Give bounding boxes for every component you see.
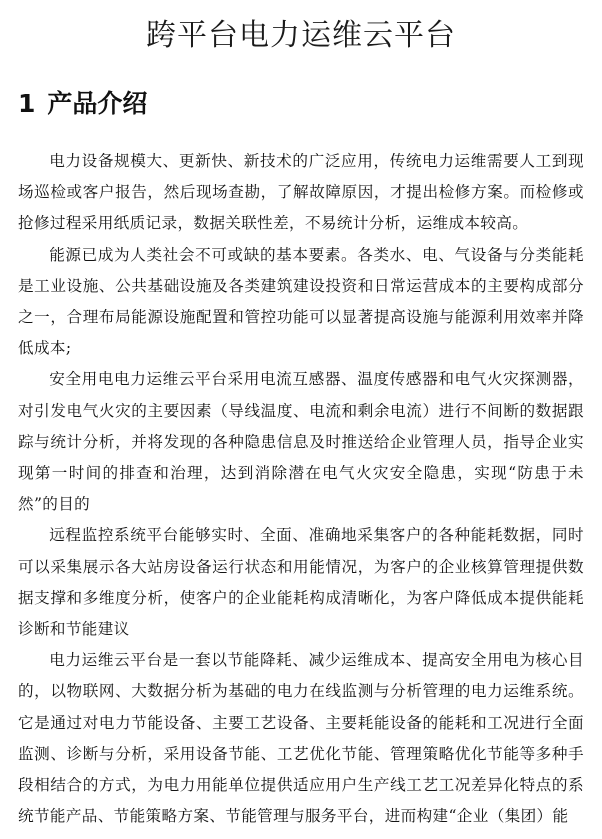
document-title: 跨平台电力运维云平台 (0, 14, 602, 58)
paragraph-platform-overview: 电力运维云平台是一套以节能降耗、减少运维成本、提高安全用电为核心目的，以物联网、… (18, 645, 584, 832)
section-title: 产品介绍 (47, 89, 147, 118)
section-heading: 1产品介绍 (18, 84, 147, 124)
paragraph-energy: 能源已成为人类社会不可或缺的基本要素。各类水、电、气设备与分类能耗是工业设施、公… (18, 240, 584, 365)
document-body: 电力设备规模大、更新快、新技术的广泛应用，传统电力运维需要人工到现场巡检或客户报… (18, 146, 584, 832)
section-number: 1 (18, 89, 35, 118)
document-page: 跨平台电力运维云平台 1产品介绍 电力设备规模大、更新快、新技术的广泛应用，传统… (0, 0, 602, 839)
paragraph-remote-monitoring: 远程监控系统平台能够实时、全面、准确地采集客户的各种能耗数据，同时可以采集展示各… (18, 520, 584, 645)
paragraph-safety: 安全用电电力运维云平台采用电流互感器、温度传感器和电气火灾探测器，对引发电气火灾… (18, 364, 584, 520)
paragraph-background: 电力设备规模大、更新快、新技术的广泛应用，传统电力运维需要人工到现场巡检或客户报… (18, 146, 584, 240)
